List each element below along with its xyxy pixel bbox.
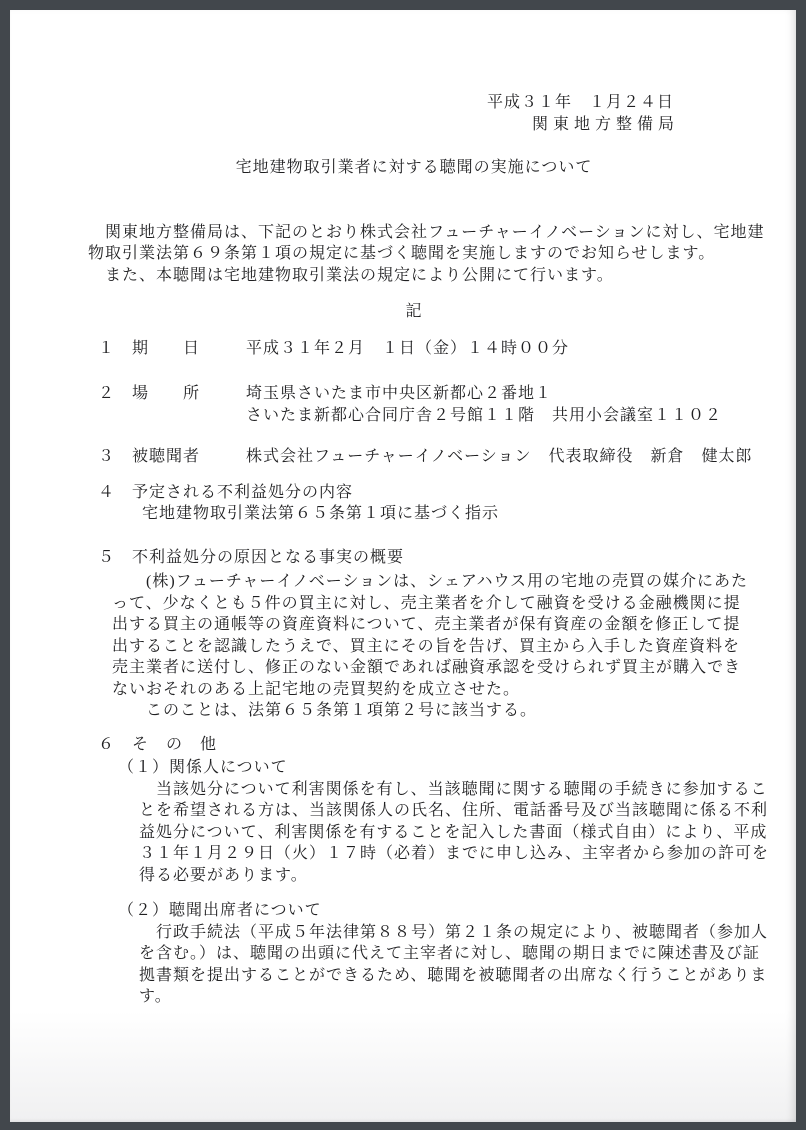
section-body: 宅地建物取引業法第６５条第１項に基づく指示 (142, 503, 740, 525)
subsection-attendees-heading: （２）聴聞出席者について (118, 900, 740, 922)
record-marker: 記 (88, 301, 740, 323)
subsection-related-persons-heading: （１）関係人について (118, 757, 740, 779)
document-content: 平成３１年 １月２４日 関東地方整備局 宅地建物取引業者に対する聴聞の実施につい… (10, 10, 796, 1008)
item-value: 平成３１年２月 １日（金）１４時００分 (246, 338, 569, 360)
item-row-place: ２ 場 所 埼玉県さいたま市中央区新都心２番地１ さいたま新都心合同庁舎２号館１… (98, 383, 740, 426)
document-page: 平成３１年 １月２４日 関東地方整備局 宅地建物取引業者に対する聴聞の実施につい… (10, 10, 796, 1122)
subsection-attendees-body: 行政手続法（平成５年法律第８８号）第２１条の規定により、被聴聞者（参加人 を含む… (139, 922, 740, 1008)
section-heading: ６ そ の 他 (98, 734, 740, 756)
item-label: ２ 場 所 (98, 383, 246, 405)
numbered-items: １ 期 日 平成３１年２月 １日（金）１４時００分 ２ 場 所 埼玉県さいたま市… (98, 338, 740, 1008)
document-title: 宅地建物取引業者に対する聴聞の実施について (88, 157, 740, 179)
document-date: 平成３１年 １月２４日 (88, 92, 674, 114)
item-label: ３ 被聴聞者 (98, 446, 246, 468)
item-value: 株式会社フューチャーイノベーション 代表取締役 新倉 健太郎 (246, 446, 752, 468)
section-planned-disposition: ４ 予定される不利益処分の内容 宅地建物取引業法第６５条第１項に基づく指示 (98, 482, 740, 525)
intro-paragraph: 関東地方整備局は、下記のとおり株式会社フューチャーイノベーションに対し、宅地建 … (88, 222, 740, 287)
section-heading: ５ 不利益処分の原因となる事実の概要 (98, 547, 740, 569)
item-row-hearing-subject: ３ 被聴聞者 株式会社フューチャーイノベーション 代表取締役 新倉 健太郎 (98, 446, 740, 468)
section-facts-summary: ５ 不利益処分の原因となる事実の概要 (株)フューチャーイノベーションは、シェア… (98, 547, 740, 722)
item-label: １ 期 日 (98, 338, 246, 360)
section-body: (株)フューチャーイノベーションは、シェアハウス用の宅地の売買の媒介にあた って… (112, 571, 740, 722)
subsection-related-persons-body: 当該処分について利害関係を有し、当該聴聞に関する聴聞の手続きに参加するこ とを希… (139, 779, 740, 887)
item-value: 埼玉県さいたま市中央区新都心２番地１ さいたま新都心合同庁舎２号館１１階 共用小… (246, 383, 722, 426)
section-heading: ４ 予定される不利益処分の内容 (98, 482, 740, 504)
issuing-organization: 関東地方整備局 (88, 114, 679, 136)
section-others: ６ そ の 他 （１）関係人について 当該処分について利害関係を有し、当該聴聞に… (98, 734, 740, 1008)
item-row-date: １ 期 日 平成３１年２月 １日（金）１４時００分 (98, 338, 740, 360)
document-header: 平成３１年 １月２４日 関東地方整備局 (88, 92, 740, 135)
